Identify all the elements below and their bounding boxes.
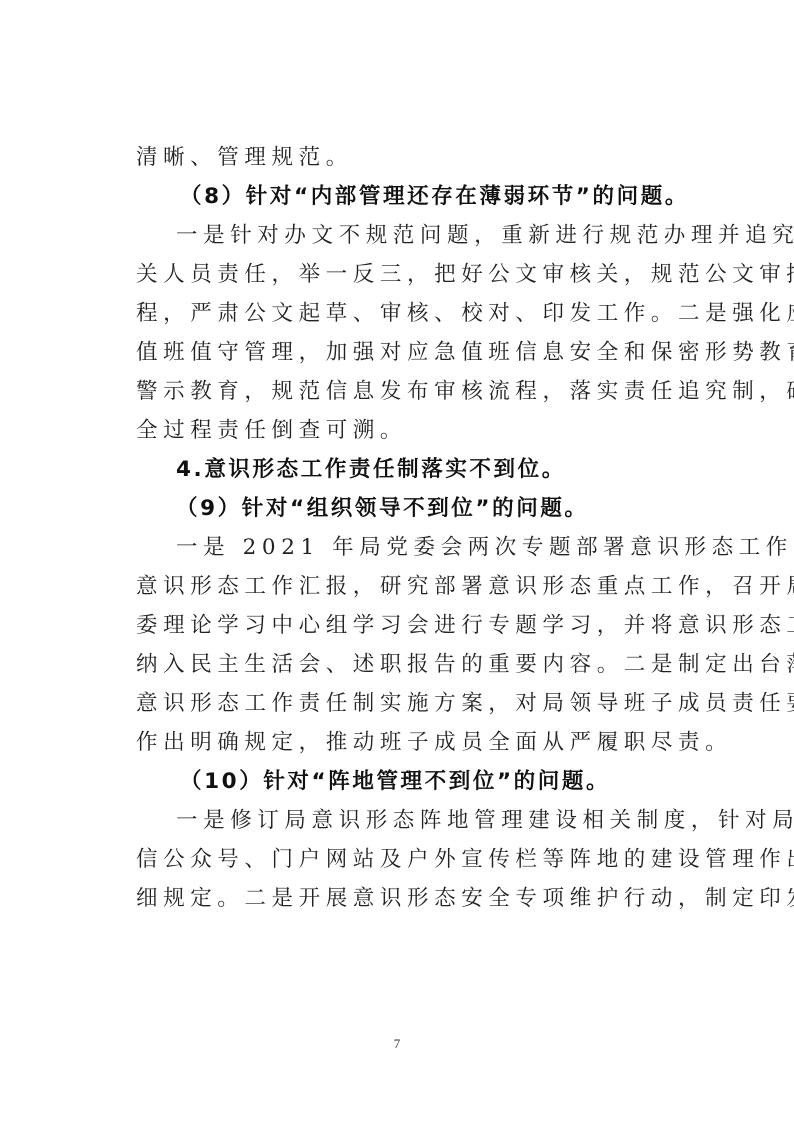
paragraph-line: 委理论学习中心组学习会进行专题学习，并将意识形态工作 [136, 606, 692, 645]
document-body: 清晰、管理规范。 （8）针对“内部管理还存在薄弱环节”的问题。 一是针对办文不规… [136, 138, 692, 918]
section-heading-4: 4.意识形态工作责任制落实不到位。 [136, 450, 692, 489]
paragraph-line: 意识形态工作责任制实施方案，对局领导班子成员责任要求 [136, 684, 692, 723]
page-number: 7 [0, 1036, 794, 1052]
paragraph-line: 一是修订局意识形态阵地管理建设相关制度，针对局微 [136, 801, 692, 840]
paragraph-item-10: 一是修订局意识形态阵地管理建设相关制度，针对局微 信公众号、门户网站及户外宣传栏… [136, 801, 692, 918]
paragraph-line: 信公众号、门户网站及户外宣传栏等阵地的建设管理作出详 [136, 840, 692, 879]
paragraph-line: 一是针对办文不规范问题，重新进行规范办理并追究相 [136, 216, 692, 255]
paragraph-line: 细规定。二是开展意识形态安全专项维护行动，制定印发专 [136, 879, 692, 918]
paragraph-item-9: 一是 2021 年局党委会两次专题部署意识形态工作，听取 意识形态工作汇报，研究… [136, 528, 692, 762]
continuation-line: 清晰、管理规范。 [136, 138, 692, 177]
paragraph-line: 一是 2021 年局党委会两次专题部署意识形态工作，听取 [136, 528, 692, 567]
paragraph-line: 意识形态工作汇报，研究部署意识形态重点工作，召开局党 [136, 567, 692, 606]
paragraph-item-8: 一是针对办文不规范问题，重新进行规范办理并追究相 关人员责任，举一反三，把好公文… [136, 216, 692, 450]
heading-item-10: （10）针对“阵地管理不到位”的问题。 [136, 762, 692, 801]
heading-item-9: （9）针对“组织领导不到位”的问题。 [136, 489, 692, 528]
paragraph-line: 纳入民主生活会、述职报告的重要内容。二是制定出台落实 [136, 645, 692, 684]
paragraph-line: 全过程责任倒查可溯。 [136, 411, 692, 450]
document-page: 清晰、管理规范。 （8）针对“内部管理还存在薄弱环节”的问题。 一是针对办文不规… [0, 0, 794, 1123]
paragraph-line: 警示教育，规范信息发布审核流程，落实责任追究制，确保 [136, 372, 692, 411]
heading-item-8: （8）针对“内部管理还存在薄弱环节”的问题。 [136, 177, 692, 216]
paragraph-line: 关人员责任，举一反三，把好公文审核关，规范公文审批流 [136, 255, 692, 294]
paragraph-line: 作出明确规定，推动班子成员全面从严履职尽责。 [136, 723, 692, 762]
paragraph-line: 程，严肃公文起草、审核、校对、印发工作。二是强化应急 [136, 294, 692, 333]
paragraph-line: 值班值守管理，加强对应急值班信息安全和保密形势教育、 [136, 333, 692, 372]
